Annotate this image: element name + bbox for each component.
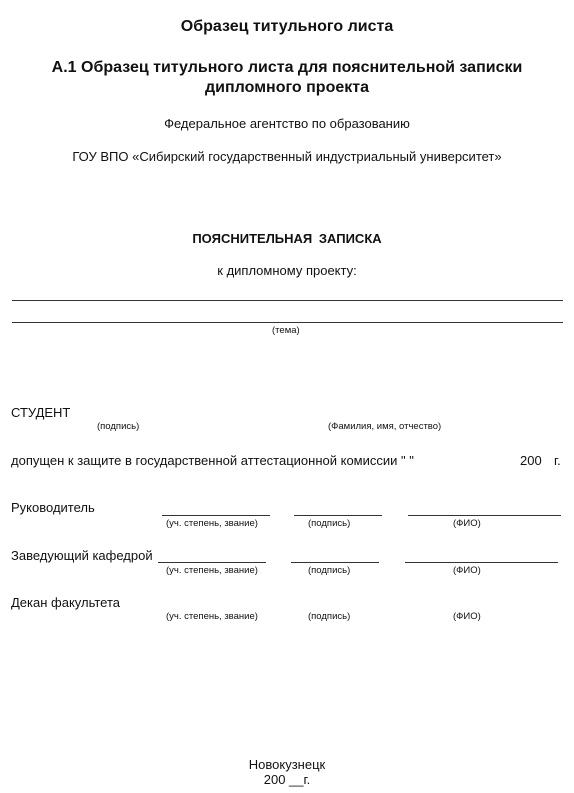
head-degree-line[interactable] (158, 562, 266, 563)
head-of-department-label: Заведующий кафедрой (11, 548, 153, 563)
head-degree-caption: (уч. степень, звание) (166, 565, 258, 576)
head-name-line[interactable] (405, 562, 558, 563)
student-signature-caption: (подпись) (97, 421, 139, 432)
supervisor-signature-line[interactable] (294, 515, 382, 516)
head-signature-line[interactable] (291, 562, 379, 563)
document-subtitle: к дипломному проекту: (0, 263, 574, 278)
section-title-line-1: А.1 Образец титульного листа для пояснит… (0, 58, 574, 78)
admission-year: 200 (520, 453, 542, 468)
supervisor-label: Руководитель (11, 500, 95, 515)
supervisor-name-caption: (ФИО) (453, 518, 481, 529)
page-title: Образец титульного листа (0, 18, 574, 36)
topic-caption: (тема) (272, 325, 300, 336)
document-title: ПОЯСНИТЕЛЬНАЯ ЗАПИСКА (0, 231, 574, 246)
head-signature-caption: (подпись) (308, 565, 350, 576)
dean-label: Декан факультета (11, 595, 120, 610)
section-title-line-2: дипломного проекта (0, 78, 574, 98)
agency-name: Федеральное агентство по образованию (0, 116, 574, 131)
topic-line-1[interactable] (12, 300, 563, 301)
section-title: А.1 Образец титульного листа для пояснит… (0, 58, 574, 98)
student-name-caption: (Фамилия, имя, отчество) (328, 421, 441, 432)
head-name-caption: (ФИО) (453, 565, 481, 576)
university-name: ГОУ ВПО «Сибирский государственный индус… (0, 149, 574, 164)
dean-signature-caption: (подпись) (308, 611, 350, 622)
supervisor-degree-caption: (уч. степень, звание) (166, 518, 258, 529)
student-label: СТУДЕНТ (11, 405, 70, 420)
dean-degree-caption: (уч. степень, звание) (166, 611, 258, 622)
dean-name-caption: (ФИО) (453, 611, 481, 622)
footer-city: Новокузнецк (0, 757, 574, 772)
supervisor-name-line[interactable] (408, 515, 561, 516)
topic-line-2[interactable] (12, 322, 563, 323)
supervisor-signature-caption: (подпись) (308, 518, 350, 529)
footer-year: 200 __г. (0, 772, 574, 787)
supervisor-degree-line[interactable] (162, 515, 270, 516)
admission-year-suffix: г. (554, 453, 561, 468)
admission-text: допущен к защите в государственной аттес… (11, 453, 414, 468)
